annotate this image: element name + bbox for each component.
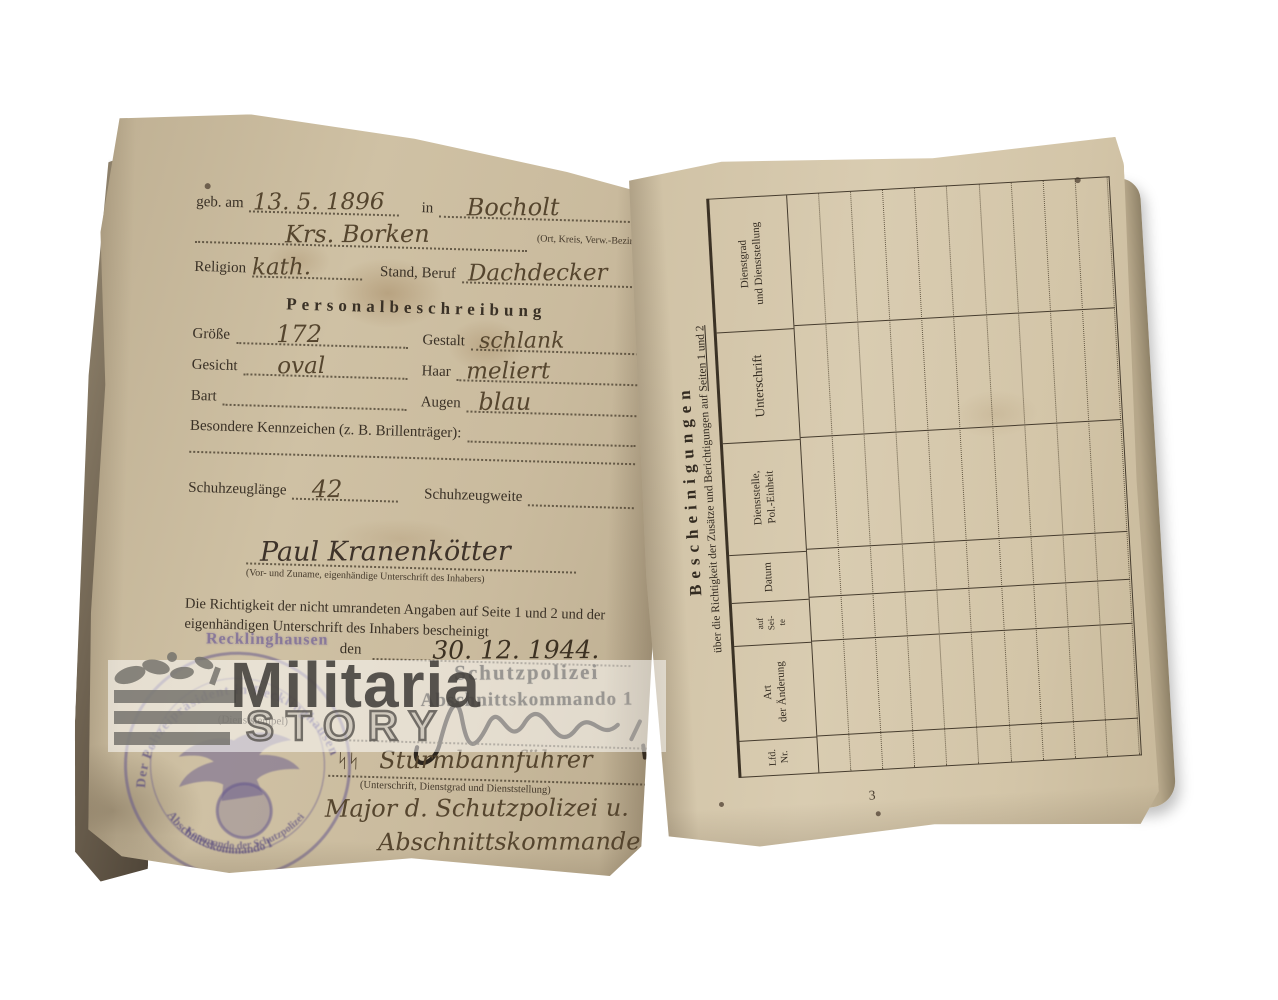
gesicht-field: oval [243,355,408,380]
col-datum: Datum [729,551,809,603]
gesicht-value: oval [277,353,325,379]
haar-field: meliert [456,361,637,386]
groesse-label: Größe [192,326,236,344]
in-label: in [399,200,439,218]
personalbeschreibung-heading: Personalbeschreibung [193,292,639,324]
gestalt-label: Gestalt [422,332,471,350]
stand-beruf-label: Stand, Beruf [362,264,462,284]
birthplace-value: Bocholt [467,193,560,221]
left-page: geb. am 13. 5. 1896 in Bocholt Krs. Bork… [81,110,670,888]
district-field: Krs. Borken [195,223,527,252]
religion-field: kath. [252,257,363,280]
ss-runes: ᛋᛋ [336,750,359,773]
kennzeichen-row: Besondere Kennzeichen (z. B. Brillenträg… [190,415,636,447]
right-page: Bescheinigungen über die Richtigkeit der… [621,137,1161,854]
kennzeichen-field-line2 [189,451,635,465]
gesicht-label: Gesicht [191,357,243,375]
officer-line1: Major d. Schutzpolizei u. [325,794,629,823]
schuh-row: Schuhzeuglänge 42 Schuhzeugweite [188,477,634,509]
bart-augen-row: Bart Augen blau [191,385,637,417]
col-dienstgrad: Dienstgrad und Dienststellung [709,195,793,332]
district-value: Krs. Borken [285,220,430,249]
haar-label: Haar [421,363,457,381]
col-dienststelle: Dienststelle, Pol.-Einheit [723,439,806,555]
augen-value: blau [478,388,531,416]
schuhzeuglaenge-label: Schuhzeuglänge [188,480,293,500]
geb-am-value: 13. 5. 1896 [253,189,385,215]
geb-am-label: geb. am [196,194,250,212]
haar-value: meliert [466,358,550,384]
groesse-value: 172 [276,320,322,348]
col-unterschrift: Unterschrift [717,328,800,444]
owner-signature-value: Paul Kranenkötter [260,536,511,568]
district-row: Krs. Borken (Ort, Kreis, Verw.-Bezirk) [195,223,641,255]
schuhzeugweite-label: Schuhzeugweite [398,486,529,507]
gesicht-haar-row: Gesicht oval Haar meliert [191,354,637,386]
photo-scene: geb. am 13. 5. 1896 in Bocholt Krs. Bork… [0,0,1278,1000]
ort-kreis-caption: (Ort, Kreis, Verw.-Bezirk) [527,233,642,247]
officer-line2: Abschnittskommandeur [378,827,668,856]
bescheinigungen-table-rotated: Bescheinigungen über die Richtigkeit der… [664,176,1154,781]
stand-beruf-field: Dachdecker [462,263,641,288]
col-art-aenderung: Art der Änderung [734,642,816,741]
watermark-subtitle: STORY [246,702,448,750]
geb-am-field: 13. 5. 1896 [249,192,399,216]
augen-label: Augen [420,394,466,412]
paper-speck [876,811,881,816]
religion-value: kath. [252,254,311,280]
page-number: 3 [868,787,876,803]
religion-label: Religion [194,259,252,278]
schuhzeugweite-field [528,486,634,509]
augen-field: blau [466,392,636,417]
col-auf-seite: auf Sei- te [732,598,811,646]
paper-speck [719,802,724,807]
religion-row: Religion kath. Stand, Beruf Dachdecker [194,256,640,288]
bart-field [222,386,407,411]
table-subtitle-underlined: Seiten 1 und 2 [694,325,710,392]
bart-label: Bart [191,388,223,406]
schuhzeuglaenge-value: 42 [312,475,343,503]
gestalt-value: schlank [479,329,565,354]
groesse-field: 172 [236,324,409,349]
watermark-bars [114,690,248,748]
schuhzeuglaenge-field: 42 [292,480,398,503]
kennzeichen-field [467,423,636,448]
kennzeichen-label: Besondere Kennzeichen (z. B. Brillenträg… [190,418,468,443]
groesse-gestalt-row: Größe 172 Gestalt schlank [192,323,638,355]
personal-form: geb. am 13. 5. 1896 in Bocholt Krs. Bork… [184,181,642,646]
gestalt-field: schlank [471,331,639,356]
table-body [787,177,1140,772]
birth-row: geb. am 13. 5. 1896 in Bocholt [196,191,642,223]
owner-signature-block: Paul Kranenkötter (Vor- und Zuname, eige… [186,543,633,589]
col-lfd-nr: Lfd. Nr. [739,737,818,777]
stand-beruf-value: Dachdecker [467,260,607,286]
birthplace-field: Bocholt [439,198,642,224]
certificates-table: Lfd. Nr. Art der Änderung auf Sei- te Da… [706,176,1142,778]
